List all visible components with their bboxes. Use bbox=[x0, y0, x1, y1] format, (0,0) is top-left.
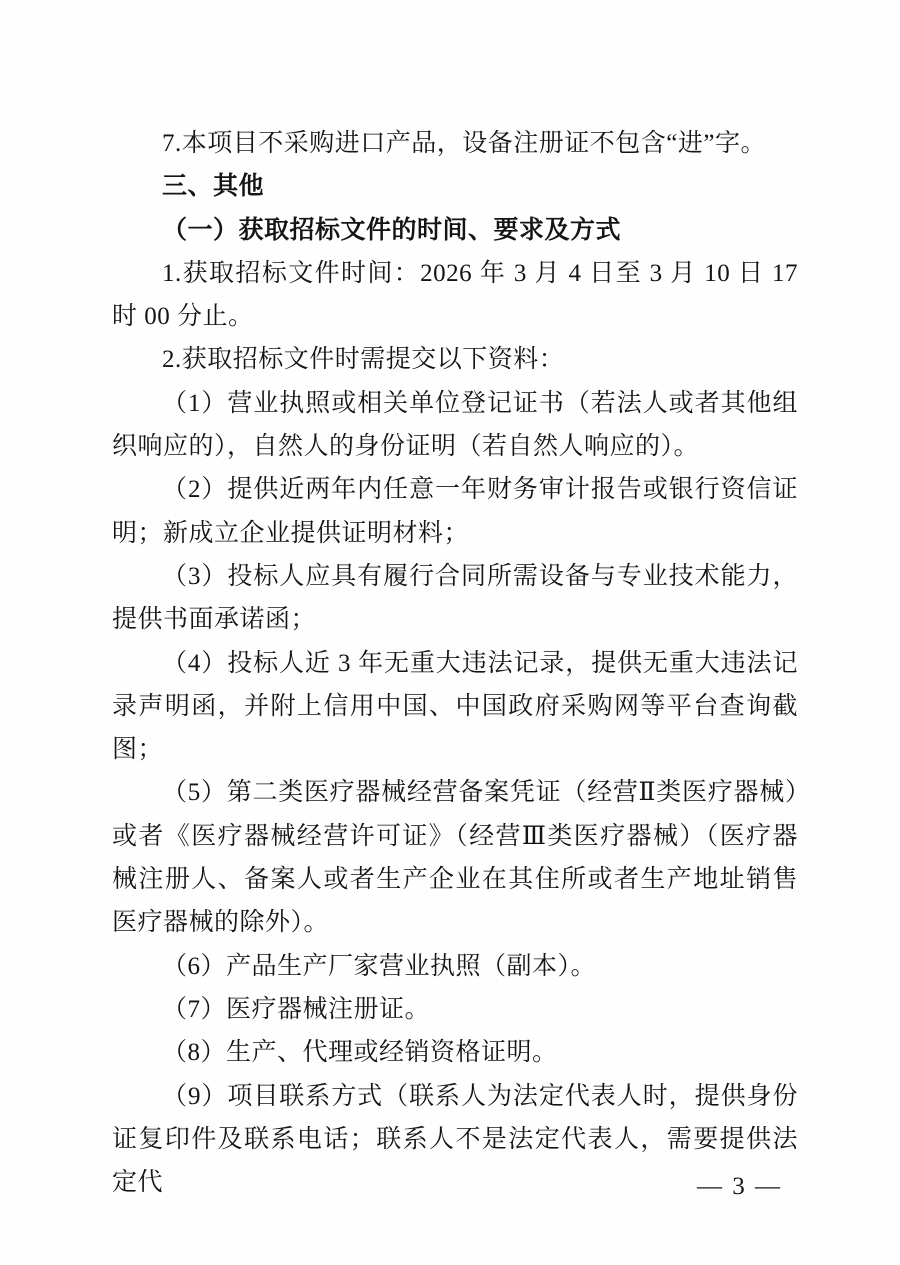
material-7-device-registration: （7）医疗器械注册证。 bbox=[112, 988, 798, 1031]
material-8-qualification-proof: （8）生产、代理或经销资格证明。 bbox=[112, 1031, 798, 1074]
material-4-no-violation-record: （4）投标人近 3 年无重大违法记录，提供无重大违法记录声明函，并附上信用中国、… bbox=[112, 642, 798, 772]
page-number: — 3 — bbox=[697, 1172, 782, 1202]
material-1-business-license: （1）营业执照或相关单位登记证书（若法人或者其他组织响应的），自然人的身份证明（… bbox=[112, 382, 798, 469]
material-5-medical-device-license: （5）第二类医疗器械经营备案凭证（经营Ⅱ类医疗器械）或者《医疗器械经营许可证》（… bbox=[112, 771, 798, 944]
material-6-manufacturer-license: （6）产品生产厂家营业执照（副本）。 bbox=[112, 945, 798, 988]
section-heading-other: 三、其他 bbox=[112, 165, 798, 208]
document-body: 7.本项目不采购进口产品，设备注册证不包含“进”字。 三、其他 （一）获取招标文… bbox=[112, 122, 798, 1204]
item-materials-intro: 2.获取招标文件时需提交以下资料： bbox=[112, 338, 798, 381]
document-page: 7.本项目不采购进口产品，设备注册证不包含“进”字。 三、其他 （一）获取招标文… bbox=[0, 0, 900, 1265]
material-9-contact-info: （9）项目联系方式（联系人为法定代表人时，提供身份证复印件及联系电话；联系人不是… bbox=[112, 1075, 798, 1205]
material-3-equipment-capability: （3）投标人应具有履行合同所需设备与专业技术能力，提供书面承诺函； bbox=[112, 555, 798, 642]
item-obtain-time: 1.获取招标文件时间：2026 年 3 月 4 日至 3 月 10 日 17 时… bbox=[112, 252, 798, 339]
subsection-heading-obtain-documents: （一）获取招标文件的时间、要求及方式 bbox=[112, 209, 798, 252]
clause-7: 7.本项目不采购进口产品，设备注册证不包含“进”字。 bbox=[112, 122, 798, 165]
material-2-financial-audit: （2）提供近两年内任意一年财务审计报告或银行资信证明；新成立企业提供证明材料； bbox=[112, 468, 798, 555]
